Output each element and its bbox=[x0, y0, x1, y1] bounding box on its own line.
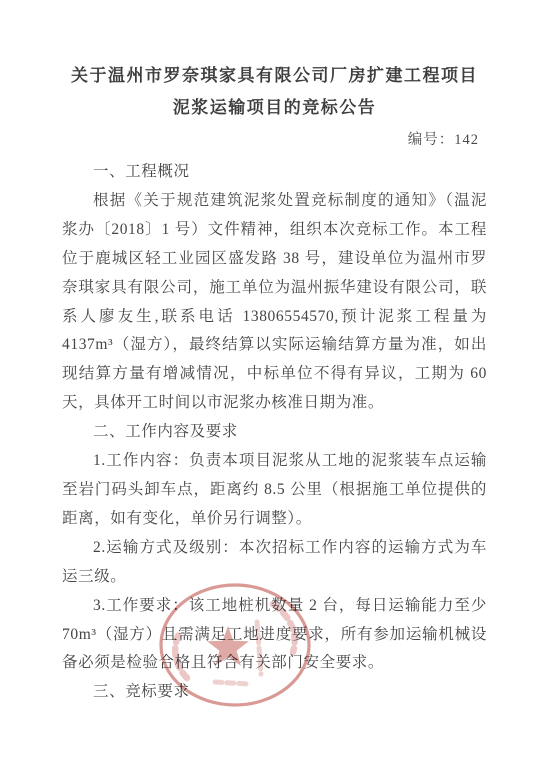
paragraph: 根据《关于规范建筑泥浆处置竞标制度的通知》（温泥浆办〔2018〕1 号）文件精神… bbox=[62, 187, 487, 418]
paragraph: 3.工作要求：该工地桩机数量 2 台，每日运输能力至少70m³（湿方）且需满足工… bbox=[62, 592, 487, 679]
announcement-document: 关于温州市罗奈琪家具有限公司厂房扩建工程项目 泥浆运输项目的竞标公告 编号：14… bbox=[62, 60, 487, 707]
doc-number-value: 142 bbox=[454, 132, 479, 148]
title-line-2: 泥浆运输项目的竞标公告 bbox=[62, 92, 487, 124]
section-heading: 二、工作内容及要求 bbox=[62, 418, 487, 447]
title-line-1: 关于温州市罗奈琪家具有限公司厂房扩建工程项目 bbox=[62, 60, 487, 92]
document-body: 一、工程概况 根据《关于规范建筑泥浆处置竞标制度的通知》（温泥浆办〔2018〕1… bbox=[62, 158, 487, 707]
section-project-overview: 一、工程概况 根据《关于规范建筑泥浆处置竞标制度的通知》（温泥浆办〔2018〕1… bbox=[62, 158, 487, 418]
section-heading: 一、工程概况 bbox=[62, 158, 487, 187]
doc-number-label: 编号： bbox=[408, 132, 455, 148]
scanned-announcement-page: 关于温州市罗奈琪家具有限公司厂房扩建工程项目 泥浆运输项目的竞标公告 编号：14… bbox=[0, 0, 546, 780]
paragraph: 2.运输方式及级别：本次招标工作内容的运输方式为车运三级。 bbox=[62, 534, 487, 592]
section-bidding-requirements: 三、竞标要求 bbox=[62, 678, 487, 707]
section-heading: 三、竞标要求 bbox=[62, 678, 487, 707]
document-title: 关于温州市罗奈琪家具有限公司厂房扩建工程项目 泥浆运输项目的竞标公告 bbox=[62, 60, 487, 124]
doc-number: 编号：142 bbox=[62, 127, 487, 153]
section-work-content: 二、工作内容及要求 1.工作内容：负责本项目泥浆从工地的泥浆装车点运输至岩门码头… bbox=[62, 418, 487, 678]
paragraph: 1.工作内容：负责本项目泥浆从工地的泥浆装车点运输至岩门码头卸车点，距离约 8.… bbox=[62, 447, 487, 534]
